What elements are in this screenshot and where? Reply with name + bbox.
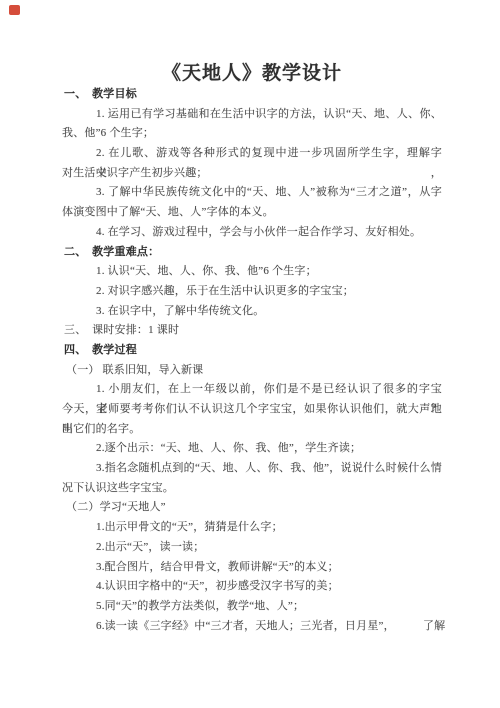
- text-line: 三、 课时安排：1 课时: [62, 321, 442, 341]
- text-line: 2. 在儿歌、游戏等各种形式的复现中进一步巩固所学生字，理解字义，: [62, 144, 442, 164]
- document-title: 《天地人》教学设计: [62, 62, 442, 85]
- text-line: 3.配合图片，结合甲骨文，教师讲解“天”的本义；: [62, 558, 442, 578]
- text-line: 2.逐个出示：“天、地、人、你、我、他”，学生齐读；: [62, 439, 442, 459]
- text-line: 3.指名念随机点到的“天、地、人、你、我、他”，说说什么时候什么情: [62, 459, 442, 479]
- text-line: 5.同“天”的教学方法类似，教学“地、人”；: [62, 597, 442, 617]
- text-line: 今天，老师要考考你们认不认识这几个字宝宝，如果你认识他们，就大声地叫: [62, 400, 442, 420]
- document-page: 《天地人》教学设计 一、 教学目标1. 运用已有学习基础和在生活中识字的方法，认…: [0, 0, 500, 708]
- corner-mark: [9, 5, 20, 15]
- text-line: 1.出示甲骨文的“天”，猜猜是什么字；: [62, 518, 442, 538]
- text-line: 6.读一读《三字经》中“三才者，天地人；三光者，日月星”， 了解: [62, 617, 442, 637]
- text-line: 4.认识田字格中的“天”，初步感受汉字书写的美；: [62, 577, 442, 597]
- text-line: 3. 在识字中，了解中华传统文化。: [62, 302, 442, 322]
- text-line: 我、他”6 个生字；: [62, 124, 442, 144]
- text-line: 二、 教学重难点：: [62, 243, 442, 263]
- text-line: （一） 联系旧知，导入新课: [62, 361, 442, 381]
- text-line: （二）学习“天地人”: [62, 498, 442, 518]
- text-line: 2. 对识字感兴趣，乐于在生活中认识更多的字宝宝；: [62, 282, 442, 302]
- text-line: 4. 在学习、游戏过程中，学会与小伙伴一起合作学习、友好相处。: [62, 223, 442, 243]
- text-line: 体演变图中了解“天、地、人”字体的本义。: [62, 203, 442, 223]
- document-body: 一、 教学目标1. 运用已有学习基础和在生活中识字的方法，认识“天、地、人、你、…: [62, 85, 442, 636]
- text-line: 2.出示“天”，读一读；: [62, 538, 442, 558]
- text-line: 况下认识这些字宝宝。: [62, 479, 442, 499]
- text-line: 1. 小朋友们，在上一年级以前，你们是不是已经认识了很多的字宝宝？: [62, 380, 442, 400]
- text-line: 四、 教学过程: [62, 341, 442, 361]
- text-line: 3. 了解中华民族传统文化中的“天、地、人”被称为“三才之道”，从字: [62, 183, 442, 203]
- text-line: 1. 运用已有学习基础和在生活中识字的方法，认识“天、地、人、你、: [62, 105, 442, 125]
- text-line: 出它们的名字。: [62, 420, 442, 440]
- text-line: 一、 教学目标: [62, 85, 442, 105]
- text-line: 1. 认识“天、地、人、你、我、他”6 个生字；: [62, 262, 442, 282]
